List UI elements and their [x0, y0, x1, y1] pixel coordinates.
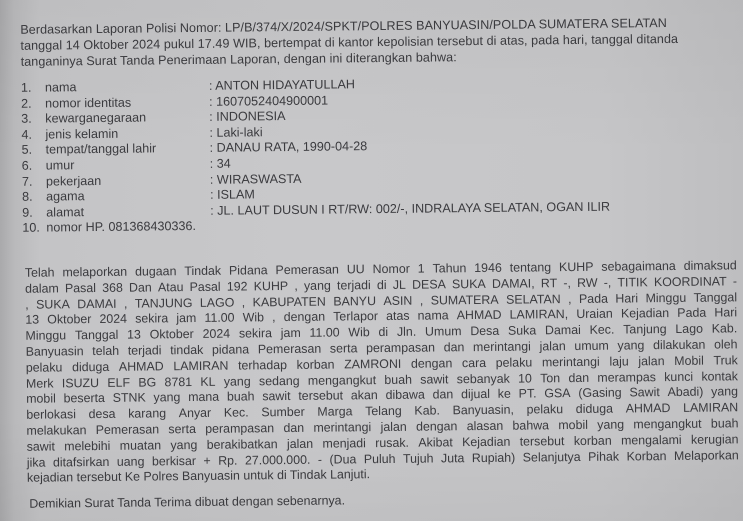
intro-paragraph: Berdasarkan Laporan Polisi Nomor: LP/B/3… — [20, 14, 732, 69]
document-page: Berdasarkan Laporan Polisi Nomor: LP/B/3… — [0, 0, 743, 521]
identity-list: 1. nama : ANTON HIDAYATULLAH 2. nomor id… — [21, 73, 723, 236]
closing-statement: Demikian Surat Tanda Terima dibuat denga… — [29, 493, 345, 510]
report-body-paragraph: TelahmelaporkandugaanTindakPidanaPemeras… — [25, 258, 739, 487]
